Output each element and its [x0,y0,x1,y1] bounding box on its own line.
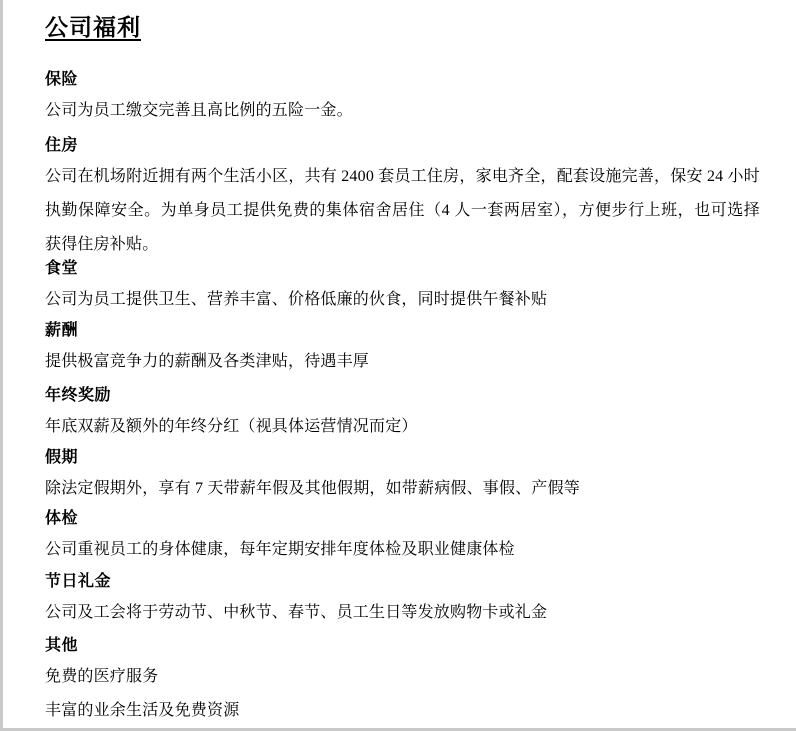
benefit-section-health-check: 体检 公司重视员工的身体健康，每年定期安排年度体检及职业健康体检 [45,509,760,567]
section-heading: 食堂 [45,259,760,279]
section-paragraph: 公司为员工提供卫生、营养丰富、价格低廉的伙食，同时提供午餐补贴 [45,283,760,317]
benefit-section-insurance: 保险 公司为员工缴交完善且高比例的五险一金。 [45,70,760,128]
section-paragraph: 提供极富竞争力的薪酬及各类津贴，待遇丰厚 [45,345,760,379]
section-heading: 节日礼金 [45,572,760,592]
benefit-section-housing: 住房 公司在机场附近拥有两个生活小区，共有 2400 套员工住房，家电齐全，配套… [45,136,760,262]
section-paragraph: 公司及工会将于劳动节、中秋节、春节、员工生日等发放购物卡或礼金 [45,596,760,630]
section-heading: 保险 [45,70,760,90]
section-heading: 薪酬 [45,321,760,341]
section-paragraph: 除法定假期外，享有 7 天带薪年假及其他假期，如带薪病假、事假、产假等 [45,472,760,506]
section-paragraph: 公司重视员工的身体健康，每年定期安排年度体检及职业健康体检 [45,533,760,567]
section-paragraph: 年底双薪及额外的年终分红（视具体运营情况而定） [45,410,760,444]
benefit-section-others: 其他 免费的医疗服务 丰富的业余生活及免费资源 [45,636,760,728]
section-paragraph: 公司在机场附近拥有两个生活小区，共有 2400 套员工住房，家电齐全，配套设施完… [45,160,760,262]
benefit-section-salary: 薪酬 提供极富竞争力的薪酬及各类津贴，待遇丰厚 [45,321,760,379]
section-heading: 年终奖励 [45,386,760,406]
page-left-edge [0,0,3,731]
section-heading: 其他 [45,636,760,656]
benefit-section-year-end-bonus: 年终奖励 年底双薪及额外的年终分红（视具体运营情况而定） [45,386,760,444]
benefit-section-canteen: 食堂 公司为员工提供卫生、营养丰富、价格低廉的伙食，同时提供午餐补贴 [45,259,760,317]
section-paragraph: 丰富的业余生活及免费资源 [45,694,760,728]
benefit-section-festival-gift: 节日礼金 公司及工会将于劳动节、中秋节、春节、员工生日等发放购物卡或礼金 [45,572,760,630]
benefit-section-vacation: 假期 除法定假期外，享有 7 天带薪年假及其他假期，如带薪病假、事假、产假等 [45,448,760,506]
document-page: 公司福利 保险 公司为员工缴交完善且高比例的五险一金。 住房 公司在机场附近拥有… [0,0,796,731]
section-paragraph: 公司为员工缴交完善且高比例的五险一金。 [45,94,760,128]
section-heading: 假期 [45,448,760,468]
section-heading: 住房 [45,136,760,156]
page-title: 公司福利 [45,13,141,43]
section-heading: 体检 [45,509,760,529]
section-paragraph: 免费的医疗服务 [45,660,760,694]
